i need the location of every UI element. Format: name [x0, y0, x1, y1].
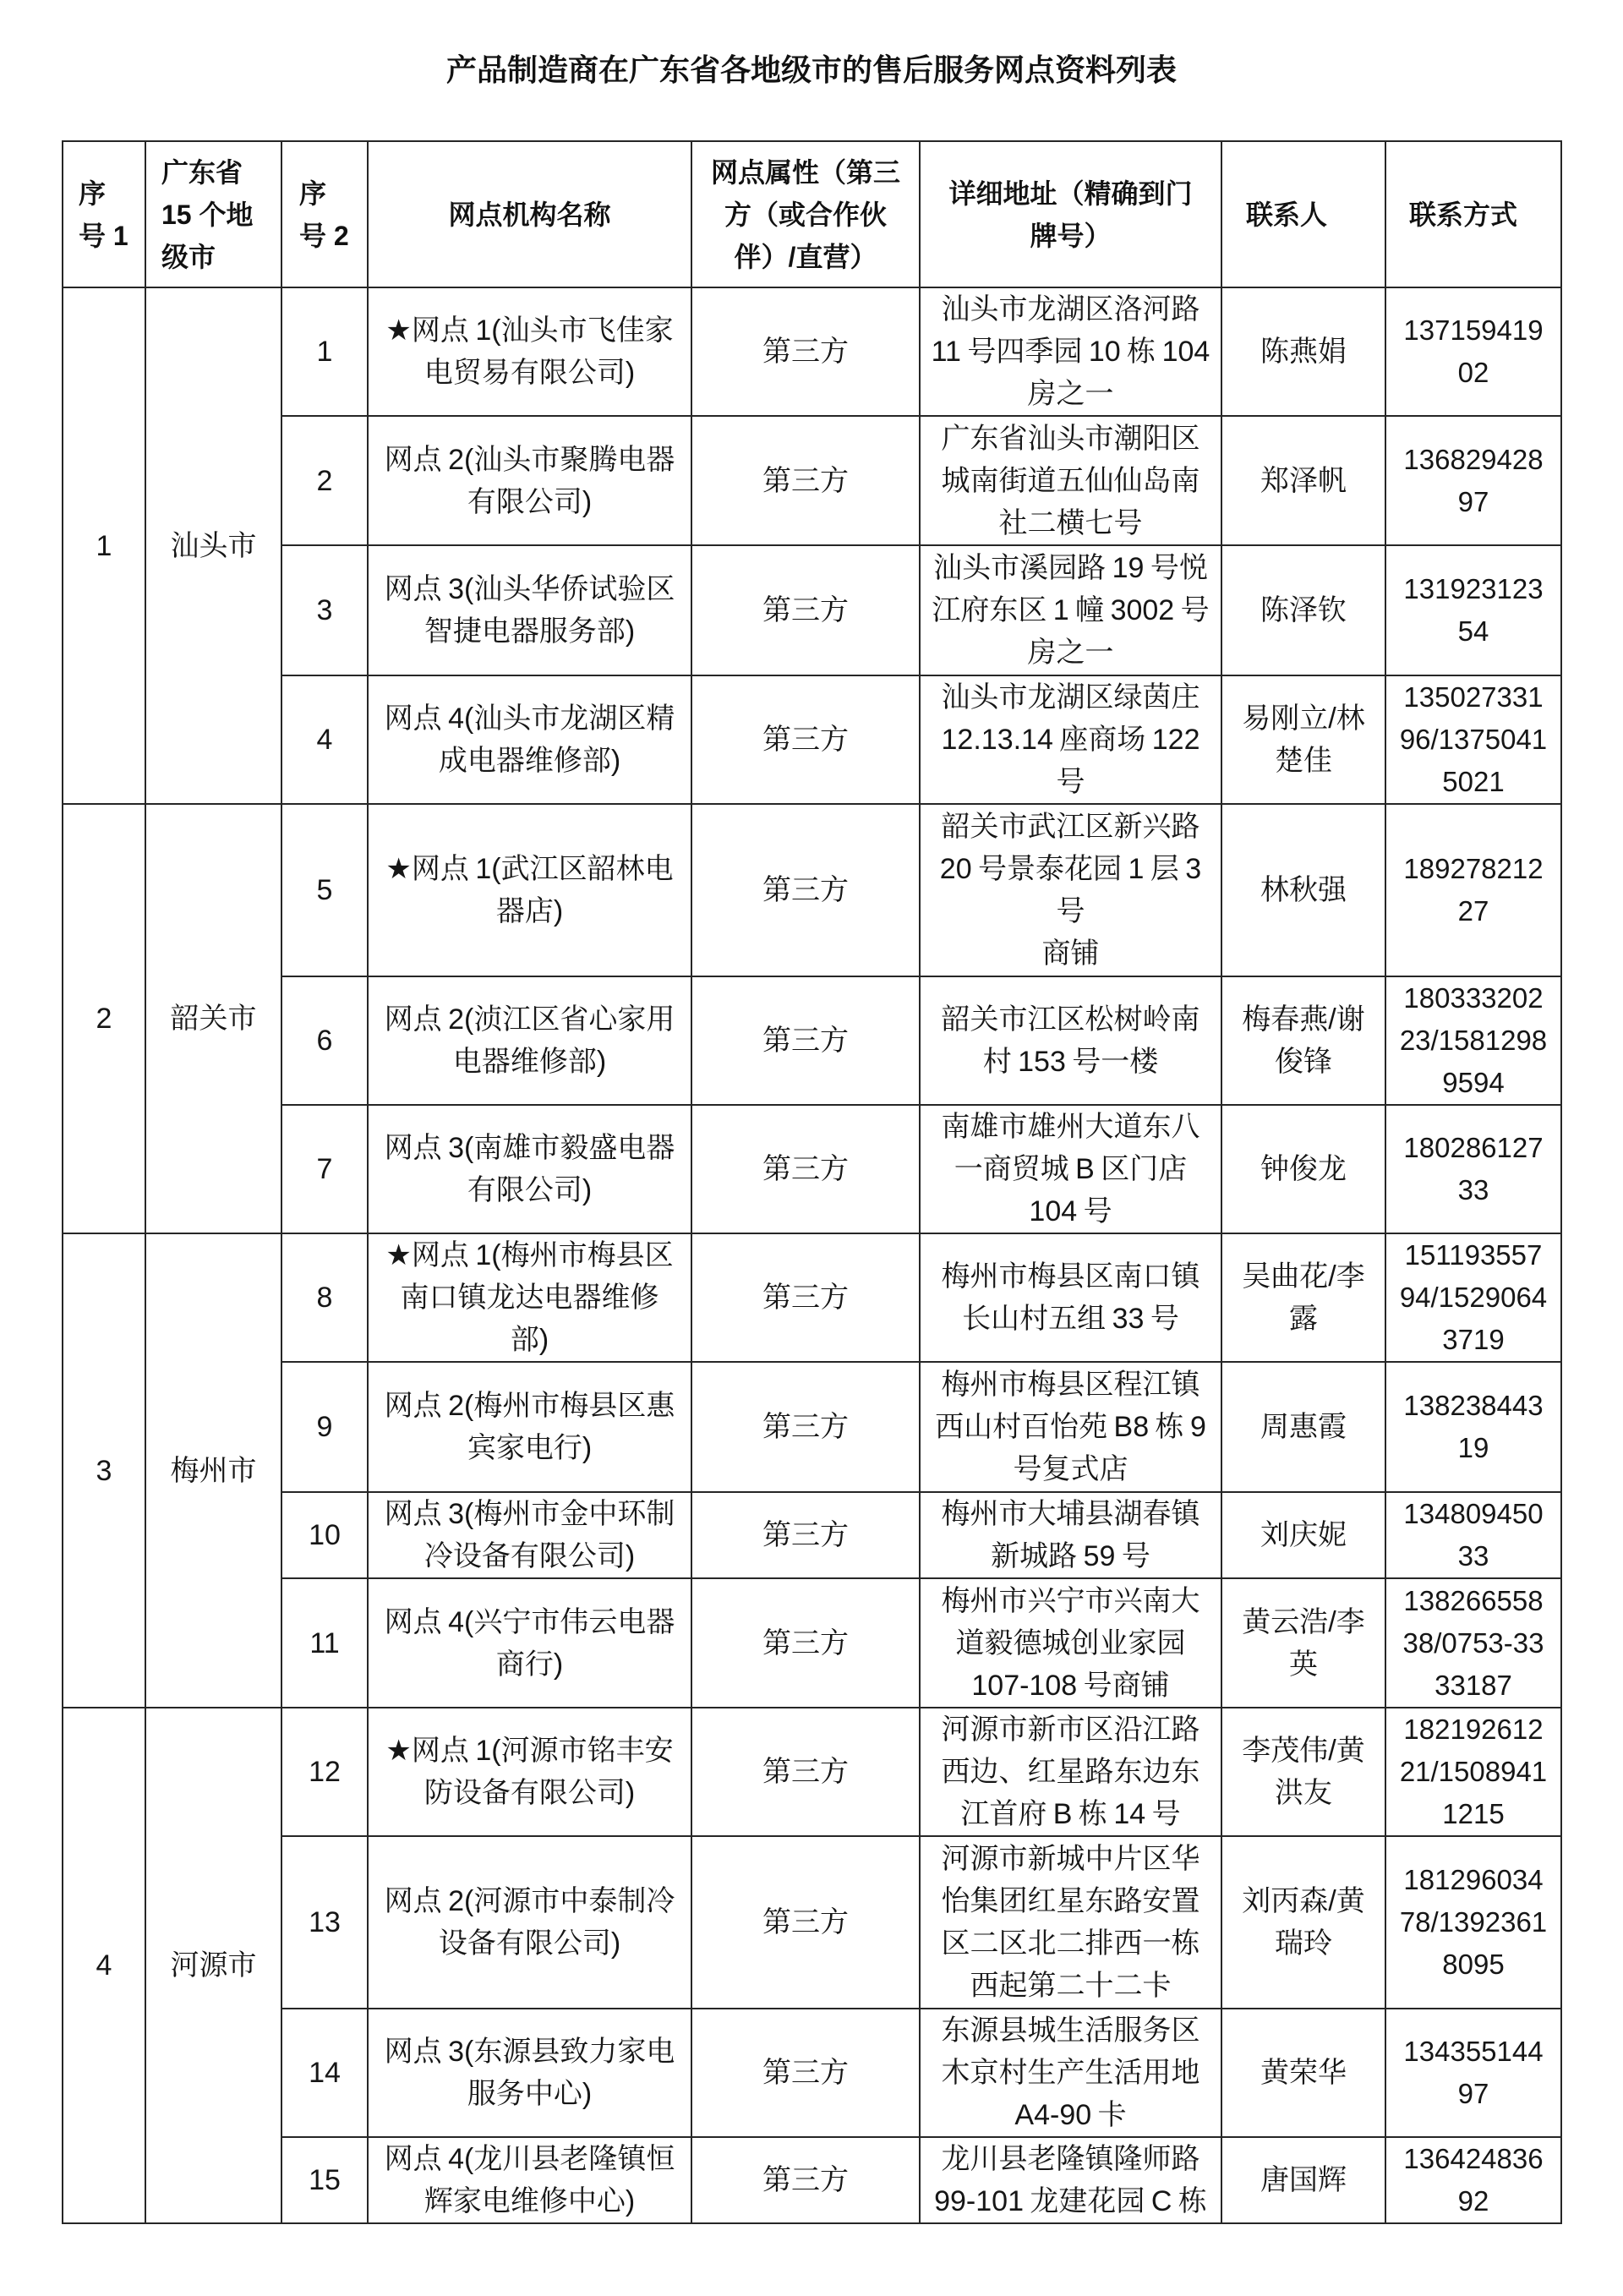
- outlet-name: 网点 3(东源县致力家电服务中心): [383, 2031, 677, 2115]
- cell-outlet-contact: 钟俊龙: [1221, 1105, 1385, 1233]
- cell-outlet-seq: 14: [281, 2009, 368, 2137]
- outlet-contact: 黄荣华: [1236, 2052, 1371, 2094]
- outlet-type: 第三方: [704, 1901, 907, 1943]
- cell-outlet-contact: 陈泽钦: [1221, 545, 1385, 675]
- outlet-phone: 13715941902: [1398, 309, 1549, 394]
- header-seq2-label: 序号 2: [299, 172, 350, 257]
- cell-outlet-name: 网点 4(汕头市龙湖区精成电器维修部): [368, 675, 691, 804]
- outlet-address: 梅州市梅县区南口镇长山村五组 33 号: [932, 1255, 1210, 1340]
- cell-outlet-type: 第三方: [691, 1708, 920, 1836]
- header-type: 网点属性（第三方（或合作伙伴）/直营）: [691, 141, 920, 287]
- cell-city: 汕头市: [145, 287, 281, 804]
- cell-outlet-address: 汕头市龙湖区洛河路 11 号四季园 10 栋 104 房之一: [920, 287, 1221, 416]
- cell-outlet-address: 河源市新市区沿江路西边、红星路东边东江首府 B 栋 14 号: [920, 1708, 1221, 1836]
- cell-outlet-seq: 7: [281, 1105, 368, 1233]
- cell-outlet-contact: 易刚立/林楚佳: [1221, 675, 1385, 804]
- cell-outlet-phone: 13192312354: [1385, 545, 1561, 675]
- cell-outlet-type: 第三方: [691, 2137, 920, 2223]
- outlet-phone: 13192312354: [1398, 568, 1549, 653]
- outlet-seq: 11: [282, 1622, 367, 1665]
- outlet-address: 梅州市梅县区程江镇西山村百怡苑 B8 栋 9 号复式店: [932, 1364, 1210, 1490]
- outlet-phone: 13642483692: [1398, 2138, 1549, 2222]
- cell-city: 河源市: [145, 1708, 281, 2223]
- outlet-type: 第三方: [704, 1751, 907, 1793]
- outlet-type: 第三方: [704, 331, 907, 373]
- outlet-phone: 13823844319: [1398, 1385, 1549, 1469]
- cell-outlet-contact: 林秋强: [1221, 804, 1385, 976]
- outlet-seq: 8: [282, 1276, 367, 1319]
- cell-outlet-seq: 13: [281, 1836, 368, 2009]
- outlet-phone: 18927821227: [1398, 848, 1549, 932]
- outlet-contact: 陈泽钦: [1236, 589, 1371, 631]
- outlet-phone: 15119355794/15290643719: [1398, 1234, 1549, 1361]
- page-title: 产品制造商在广东省各地级市的售后服务网点资料列表: [0, 52, 1623, 89]
- cell-outlet-type: 第三方: [691, 416, 920, 545]
- cell-outlet-type: 第三方: [691, 1233, 920, 1362]
- cell-outlet-seq: 6: [281, 976, 368, 1105]
- cell-outlet-address: 龙川县老隆镇隆师路 99-101 龙建花园 C 栋: [920, 2137, 1221, 2223]
- cell-outlet-name: 网点 3(南雄市毅盛电器有限公司): [368, 1105, 691, 1233]
- table-row: 3 梅州市 8 ★网点 1(梅州市梅县区南口镇龙达电器维修部) 第三方 梅州市梅…: [63, 1233, 1561, 1362]
- outlet-type: 第三方: [704, 719, 907, 761]
- group-seq: 4: [63, 1944, 145, 1987]
- cell-outlet-seq: 11: [281, 1578, 368, 1708]
- cell-outlet-type: 第三方: [691, 2009, 920, 2137]
- outlet-phone: 18129603478/13923618095: [1398, 1859, 1549, 1986]
- outlet-address: 韶关市武江区新兴路 20 号景泰花园 1 层 3 号 商铺: [932, 806, 1210, 975]
- group-seq: 3: [63, 1450, 145, 1492]
- outlet-contact: 刘丙森/黄瑞玲: [1236, 1880, 1371, 1965]
- cell-outlet-seq: 2: [281, 416, 368, 545]
- outlet-contact: 唐国辉: [1236, 2159, 1371, 2201]
- cell-outlet-address: 韶关市武江区新兴路 20 号景泰花园 1 层 3 号 商铺: [920, 804, 1221, 976]
- cell-outlet-phone: 18028612733: [1385, 1105, 1561, 1233]
- outlet-name: ★网点 1(河源市铭丰安防设备有限公司): [383, 1730, 677, 1814]
- cell-outlet-contact: 刘丙森/黄瑞玲: [1221, 1836, 1385, 2009]
- table-row: 11 网点 4(兴宁市伟云电器商行) 第三方 梅州市兴宁市兴南大道毅德城创业家园…: [63, 1578, 1561, 1708]
- cell-outlet-phone: 13826655838/0753-3333187: [1385, 1578, 1561, 1708]
- cell-outlet-address: 广东省汕头市潮阳区城南街道五仙仙岛南社二横七号: [920, 416, 1221, 545]
- cell-outlet-name: 网点 2(河源市中泰制冷设备有限公司): [368, 1836, 691, 2009]
- cell-city: 梅州市: [145, 1233, 281, 1708]
- outlet-name: 网点 2(浈江区省心家用电器维修部): [383, 998, 677, 1083]
- cell-outlet-name: ★网点 1(武江区韶林电器店): [368, 804, 691, 976]
- outlet-name: 网点 3(汕头华侨试验区智捷电器服务部): [383, 568, 677, 653]
- outlet-name: 网点 4(兴宁市伟云电器商行): [383, 1601, 677, 1686]
- outlet-contact: 郑泽帆: [1236, 460, 1371, 502]
- cell-outlet-seq: 3: [281, 545, 368, 675]
- cell-outlet-contact: 黄荣华: [1221, 2009, 1385, 2137]
- outlet-name: 网点 3(梅州市金中环制冷设备有限公司): [383, 1493, 677, 1577]
- cell-outlet-phone: 13715941902: [1385, 287, 1561, 416]
- cell-outlet-phone: 15119355794/15290643719: [1385, 1233, 1561, 1362]
- outlet-seq: 5: [282, 869, 367, 911]
- outlet-seq: 14: [282, 2052, 367, 2094]
- outlet-contact: 吴曲花/李露: [1236, 1255, 1371, 1340]
- cell-outlet-type: 第三方: [691, 675, 920, 804]
- cell-outlet-contact: 周惠霞: [1221, 1362, 1385, 1492]
- cell-outlet-phone: 18129603478/13923618095: [1385, 1836, 1561, 2009]
- outlet-type: 第三方: [704, 1622, 907, 1665]
- cell-outlet-type: 第三方: [691, 1578, 920, 1708]
- cell-outlet-phone: 18219261221/15089411215: [1385, 1708, 1561, 1836]
- cell-outlet-contact: 陈燕娟: [1221, 287, 1385, 416]
- outlet-name: ★网点 1(汕头市飞佳家电贸易有限公司): [383, 309, 677, 394]
- outlet-name: 网点 4(汕头市龙湖区精成电器维修部): [383, 697, 677, 782]
- outlet-address: 汕头市溪园路 19 号悦江府东区 1 幢 3002 号房之一: [932, 547, 1210, 674]
- cell-outlet-contact: 黄云浩/李英: [1221, 1578, 1385, 1708]
- outlet-address: 河源市新市区沿江路西边、红星路东边东江首府 B 栋 14 号: [932, 1708, 1210, 1835]
- cell-outlet-name: 网点 4(兴宁市伟云电器商行): [368, 1578, 691, 1708]
- cell-outlet-name: 网点 2(汕头市聚腾电器有限公司): [368, 416, 691, 545]
- cell-outlet-seq: 5: [281, 804, 368, 976]
- outlet-seq: 3: [282, 589, 367, 631]
- outlet-type: 第三方: [704, 1276, 907, 1319]
- outlet-phone: 13502733196/13750415021: [1398, 676, 1549, 803]
- outlet-seq: 7: [282, 1148, 367, 1190]
- cell-outlet-name: 网点 3(东源县致力家电服务中心): [368, 2009, 691, 2137]
- table-row: 7 网点 3(南雄市毅盛电器有限公司) 第三方 南雄市雄州大道东八一商贸城 B …: [63, 1105, 1561, 1233]
- cell-outlet-seq: 15: [281, 2137, 368, 2223]
- cell-outlet-seq: 8: [281, 1233, 368, 1362]
- outlet-name: 网点 3(南雄市毅盛电器有限公司): [383, 1127, 677, 1211]
- outlet-phone: 13826655838/0753-3333187: [1398, 1580, 1549, 1707]
- cell-outlet-contact: 李茂伟/黄洪友: [1221, 1708, 1385, 1836]
- outlet-seq: 1: [282, 331, 367, 373]
- cell-outlet-type: 第三方: [691, 1362, 920, 1492]
- header-phone: 联系方式: [1385, 141, 1561, 287]
- table-row: 2 韶关市 5 ★网点 1(武江区韶林电器店) 第三方 韶关市武江区新兴路 20…: [63, 804, 1561, 976]
- header-city-label: 广东省 15 个地级市: [161, 151, 265, 278]
- header-contact: 联系人: [1221, 141, 1385, 287]
- cell-outlet-contact: 唐国辉: [1221, 2137, 1385, 2223]
- city-name: 汕头市: [146, 525, 281, 567]
- header-seq2: 序号 2: [281, 141, 368, 287]
- outlet-name: ★网点 1(武江区韶林电器店): [383, 848, 677, 932]
- cell-group-seq: 1: [63, 287, 145, 804]
- cell-outlet-type: 第三方: [691, 287, 920, 416]
- cell-outlet-address: 河源市新城中片区华怡集团红星东路安置区二区北二排西一栋西起第二十二卡: [920, 1836, 1221, 2009]
- outlet-contact: 林秋强: [1236, 869, 1371, 911]
- outlet-address: 汕头市龙湖区洛河路 11 号四季园 10 栋 104 房之一: [932, 288, 1210, 415]
- outlet-name: 网点 2(汕头市聚腾电器有限公司): [383, 439, 677, 523]
- cell-outlet-type: 第三方: [691, 1105, 920, 1233]
- cell-outlet-name: 网点 4(龙川县老隆镇恒辉家电维修中心): [368, 2137, 691, 2223]
- cell-outlet-address: 梅州市大埔县湖春镇新城路 59 号: [920, 1492, 1221, 1578]
- outlet-address: 龙川县老隆镇隆师路 99-101 龙建花园 C 栋: [932, 2138, 1210, 2222]
- header-name-label: 网点机构名称: [369, 194, 691, 236]
- outlet-name: 网点 2(梅州市梅县区惠宾家电行): [383, 1385, 677, 1469]
- outlet-type: 第三方: [704, 1020, 907, 1062]
- table-row: 6 网点 2(浈江区省心家用电器维修部) 第三方 韶关市江区松树岭南村 153 …: [63, 976, 1561, 1105]
- header-phone-label: 联系方式: [1409, 194, 1560, 236]
- table-row: 3 网点 3(汕头华侨试验区智捷电器服务部) 第三方 汕头市溪园路 19 号悦江…: [63, 545, 1561, 675]
- cell-outlet-name: 网点 3(梅州市金中环制冷设备有限公司): [368, 1492, 691, 1578]
- outlet-seq: 10: [282, 1514, 367, 1556]
- outlet-phone: 13682942897: [1398, 439, 1549, 523]
- cell-outlet-phone: 13480945033: [1385, 1492, 1561, 1578]
- outlet-phone: 18033320223/15812989594: [1398, 977, 1549, 1104]
- city-name: 河源市: [146, 1944, 281, 1987]
- cell-outlet-phone: 13823844319: [1385, 1362, 1561, 1492]
- outlet-address: 韶关市江区松树岭南村 153 号一楼: [932, 998, 1210, 1083]
- header-address: 详细地址（精确到门牌号）: [920, 141, 1221, 287]
- cell-outlet-name: ★网点 1(河源市铭丰安防设备有限公司): [368, 1708, 691, 1836]
- header-row: 序号 1 广东省 15 个地级市 序号 2 网点机构名称 网点属性（第三方（或合…: [63, 141, 1561, 287]
- cell-outlet-name: 网点 2(梅州市梅县区惠宾家电行): [368, 1362, 691, 1492]
- outlet-seq: 12: [282, 1751, 367, 1793]
- cell-outlet-name: 网点 2(浈江区省心家用电器维修部): [368, 976, 691, 1105]
- cell-outlet-seq: 9: [281, 1362, 368, 1492]
- table-row: 4 网点 4(汕头市龙湖区精成电器维修部) 第三方 汕头市龙湖区绿茵庄 12.1…: [63, 675, 1561, 804]
- group-seq: 2: [63, 998, 145, 1040]
- outlet-address: 南雄市雄州大道东八一商贸城 B 区门店 104 号: [932, 1106, 1210, 1233]
- cell-outlet-phone: 13502733196/13750415021: [1385, 675, 1561, 804]
- cell-outlet-seq: 4: [281, 675, 368, 804]
- outlet-contact: 梅春燕/谢俊锋: [1236, 998, 1371, 1083]
- outlet-address: 汕头市龙湖区绿茵庄 12.13.14 座商场 122 号: [932, 676, 1210, 803]
- cell-outlet-contact: 梅春燕/谢俊锋: [1221, 976, 1385, 1105]
- city-name: 梅州市: [146, 1450, 281, 1492]
- cell-outlet-address: 汕头市龙湖区绿茵庄 12.13.14 座商场 122 号: [920, 675, 1221, 804]
- table-row: 10 网点 3(梅州市金中环制冷设备有限公司) 第三方 梅州市大埔县湖春镇新城路…: [63, 1492, 1561, 1578]
- outlet-name: 网点 2(河源市中泰制冷设备有限公司): [383, 1880, 677, 1965]
- outlet-contact: 钟俊龙: [1236, 1148, 1371, 1190]
- outlet-type: 第三方: [704, 869, 907, 911]
- outlet-seq: 13: [282, 1901, 367, 1943]
- table-row: 13 网点 2(河源市中泰制冷设备有限公司) 第三方 河源市新城中片区华怡集团红…: [63, 1836, 1561, 2009]
- outlet-phone: 18028612733: [1398, 1127, 1549, 1211]
- table-row: 2 网点 2(汕头市聚腾电器有限公司) 第三方 广东省汕头市潮阳区城南街道五仙仙…: [63, 416, 1561, 545]
- header-type-label: 网点属性（第三方（或合作伙伴）/直营）: [708, 151, 904, 278]
- cell-outlet-contact: 刘庆妮: [1221, 1492, 1385, 1578]
- table-row: 9 网点 2(梅州市梅县区惠宾家电行) 第三方 梅州市梅县区程江镇西山村百怡苑 …: [63, 1362, 1561, 1492]
- cell-group-seq: 4: [63, 1708, 145, 2223]
- cell-outlet-type: 第三方: [691, 804, 920, 976]
- cell-group-seq: 3: [63, 1233, 145, 1708]
- outlet-name: 网点 4(龙川县老隆镇恒辉家电维修中心): [383, 2138, 677, 2222]
- outlet-type: 第三方: [704, 460, 907, 502]
- cell-outlet-address: 梅州市兴宁市兴南大道毅德城创业家园 107-108 号商铺: [920, 1578, 1221, 1708]
- cell-outlet-address: 东源县城生活服务区木京村生产生活用地 A4-90 卡: [920, 2009, 1221, 2137]
- outlet-phone: 13480945033: [1398, 1493, 1549, 1577]
- outlet-type: 第三方: [704, 1148, 907, 1190]
- cell-outlet-phone: 18033320223/15812989594: [1385, 976, 1561, 1105]
- outlet-contact: 李茂伟/黄洪友: [1236, 1730, 1371, 1814]
- cell-outlet-type: 第三方: [691, 976, 920, 1105]
- cell-city: 韶关市: [145, 804, 281, 1233]
- cell-outlet-address: 梅州市梅县区程江镇西山村百怡苑 B8 栋 9 号复式店: [920, 1362, 1221, 1492]
- table-row: 1 汕头市 1 ★网点 1(汕头市飞佳家电贸易有限公司) 第三方 汕头市龙湖区洛…: [63, 287, 1561, 416]
- cell-outlet-name: 网点 3(汕头华侨试验区智捷电器服务部): [368, 545, 691, 675]
- outlet-seq: 15: [282, 2159, 367, 2201]
- outlet-seq: 4: [282, 719, 367, 761]
- cell-outlet-address: 南雄市雄州大道东八一商贸城 B 区门店 104 号: [920, 1105, 1221, 1233]
- cell-outlet-seq: 12: [281, 1708, 368, 1836]
- outlet-address: 东源县城生活服务区木京村生产生活用地 A4-90 卡: [932, 2009, 1210, 2136]
- cell-outlet-type: 第三方: [691, 1836, 920, 2009]
- cell-outlet-phone: 18927821227: [1385, 804, 1561, 976]
- cell-outlet-phone: 13682942897: [1385, 416, 1561, 545]
- header-address-label: 详细地址（精确到门牌号）: [941, 172, 1200, 257]
- cell-outlet-type: 第三方: [691, 1492, 920, 1578]
- table-row: 15 网点 4(龙川县老隆镇恒辉家电维修中心) 第三方 龙川县老隆镇隆师路 99…: [63, 2137, 1561, 2223]
- city-name: 韶关市: [146, 998, 281, 1040]
- cell-outlet-address: 梅州市梅县区南口镇长山村五组 33 号: [920, 1233, 1221, 1362]
- cell-outlet-phone: 13435514497: [1385, 2009, 1561, 2137]
- outlet-contact: 黄云浩/李英: [1236, 1601, 1371, 1686]
- outlets-table: 序号 1 广东省 15 个地级市 序号 2 网点机构名称 网点属性（第三方（或合…: [62, 140, 1562, 2224]
- outlet-address: 梅州市大埔县湖春镇新城路 59 号: [932, 1493, 1210, 1577]
- header-city: 广东省 15 个地级市: [145, 141, 281, 287]
- cell-outlet-contact: 吴曲花/李露: [1221, 1233, 1385, 1362]
- outlet-address: 河源市新城中片区华怡集团红星东路安置区二区北二排西一栋西起第二十二卡: [932, 1838, 1210, 2007]
- cell-outlet-contact: 郑泽帆: [1221, 416, 1385, 545]
- outlet-seq: 2: [282, 460, 367, 502]
- outlet-seq: 6: [282, 1020, 367, 1062]
- outlet-address: 梅州市兴宁市兴南大道毅德城创业家园 107-108 号商铺: [932, 1580, 1210, 1707]
- outlet-contact: 周惠霞: [1236, 1406, 1371, 1448]
- outlet-name: ★网点 1(梅州市梅县区南口镇龙达电器维修部): [383, 1234, 677, 1361]
- cell-outlet-name: ★网点 1(汕头市飞佳家电贸易有限公司): [368, 287, 691, 416]
- cell-outlet-phone: 13642483692: [1385, 2137, 1561, 2223]
- table-row: 4 河源市 12 ★网点 1(河源市铭丰安防设备有限公司) 第三方 河源市新市区…: [63, 1708, 1561, 1836]
- cell-outlet-seq: 1: [281, 287, 368, 416]
- outlet-type: 第三方: [704, 1406, 907, 1448]
- header-seq1: 序号 1: [63, 141, 145, 287]
- group-seq: 1: [63, 525, 145, 567]
- outlet-contact: 易刚立/林楚佳: [1236, 697, 1371, 782]
- outlet-contact: 陈燕娟: [1236, 331, 1371, 373]
- cell-outlet-name: ★网点 1(梅州市梅县区南口镇龙达电器维修部): [368, 1233, 691, 1362]
- outlet-contact: 刘庆妮: [1236, 1514, 1371, 1556]
- cell-outlet-type: 第三方: [691, 545, 920, 675]
- cell-group-seq: 2: [63, 804, 145, 1233]
- outlet-address: 广东省汕头市潮阳区城南街道五仙仙岛南社二横七号: [932, 418, 1210, 544]
- outlet-phone: 18219261221/15089411215: [1398, 1708, 1549, 1835]
- outlet-type: 第三方: [704, 2052, 907, 2094]
- table-row: 14 网点 3(东源县致力家电服务中心) 第三方 东源县城生活服务区木京村生产生…: [63, 2009, 1561, 2137]
- outlet-type: 第三方: [704, 2159, 907, 2201]
- outlet-type: 第三方: [704, 1514, 907, 1556]
- header-contact-label: 联系人: [1246, 194, 1385, 236]
- header-seq1-label: 序号 1: [79, 172, 129, 257]
- outlet-type: 第三方: [704, 589, 907, 631]
- cell-outlet-seq: 10: [281, 1492, 368, 1578]
- outlet-seq: 9: [282, 1406, 367, 1448]
- cell-outlet-address: 韶关市江区松树岭南村 153 号一楼: [920, 976, 1221, 1105]
- header-name: 网点机构名称: [368, 141, 691, 287]
- outlet-phone: 13435514497: [1398, 2031, 1549, 2115]
- cell-outlet-address: 汕头市溪园路 19 号悦江府东区 1 幢 3002 号房之一: [920, 545, 1221, 675]
